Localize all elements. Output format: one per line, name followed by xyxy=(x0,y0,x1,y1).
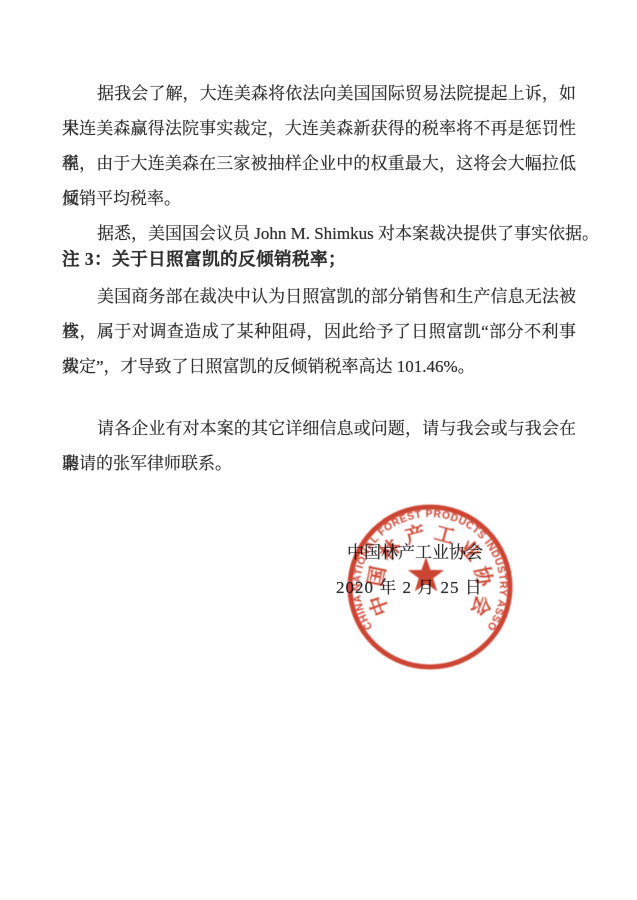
note-heading: 注 3：关于日照富凯的反倾销税率； xyxy=(62,242,576,277)
text-line: 聘请的张军律师联系。 xyxy=(62,446,576,481)
text-line: 率，由于大连美森在三家被抽样企业中的权重最大，这将会大幅拉低反 xyxy=(62,146,576,181)
signature-date: 2020 年 2 月 25 日 xyxy=(336,578,483,598)
text-line: 据我会了解，大连美森将依法向美国国际贸易法院提起上诉，如果 xyxy=(62,76,576,111)
document-page: 据我会了解，大连美森将依法向美国国际贸易法院提起上诉，如果大连美森赢得法院事实裁… xyxy=(0,0,637,900)
seal-inner-text: 中 国 林 产 工 业 协 会 xyxy=(364,520,497,619)
text-line: 裁定”，才导致了日照富凯的反倾销税率高达 101.46%。 xyxy=(62,349,576,384)
text-line: 请各企业有对本案的其它详细信息或问题，请与我会或与我会在案 xyxy=(62,411,576,446)
body-paragraph: 美国商务部在裁决中认为日照富凯的部分销售和生产信息无法被核查，属于对调查造成了某… xyxy=(62,279,576,384)
text-line: 美国商务部在裁决中认为日照富凯的部分销售和生产信息无法被核 xyxy=(62,279,576,314)
body-paragraph: 据我会了解，大连美森将依法向美国国际贸易法院提起上诉，如果大连美森赢得法院事实裁… xyxy=(62,76,576,216)
text-line: 倾销平均税率。 xyxy=(62,181,576,216)
text-line: 查，属于对调查造成了某种阻碍，因此给予了日照富凯“部分不利事实 xyxy=(62,314,576,349)
body-paragraph: 请各企业有对本案的其它详细信息或问题，请与我会或与我会在案聘请的张军律师联系。 xyxy=(62,411,576,481)
text-line: 大连美森赢得法院事实裁定，大连美森新获得的税率将不再是惩罚性税 xyxy=(62,111,576,146)
text-line: 注 3：关于日照富凯的反倾销税率； xyxy=(62,242,576,277)
signature-org: 中国林产工业协会 xyxy=(347,543,483,563)
